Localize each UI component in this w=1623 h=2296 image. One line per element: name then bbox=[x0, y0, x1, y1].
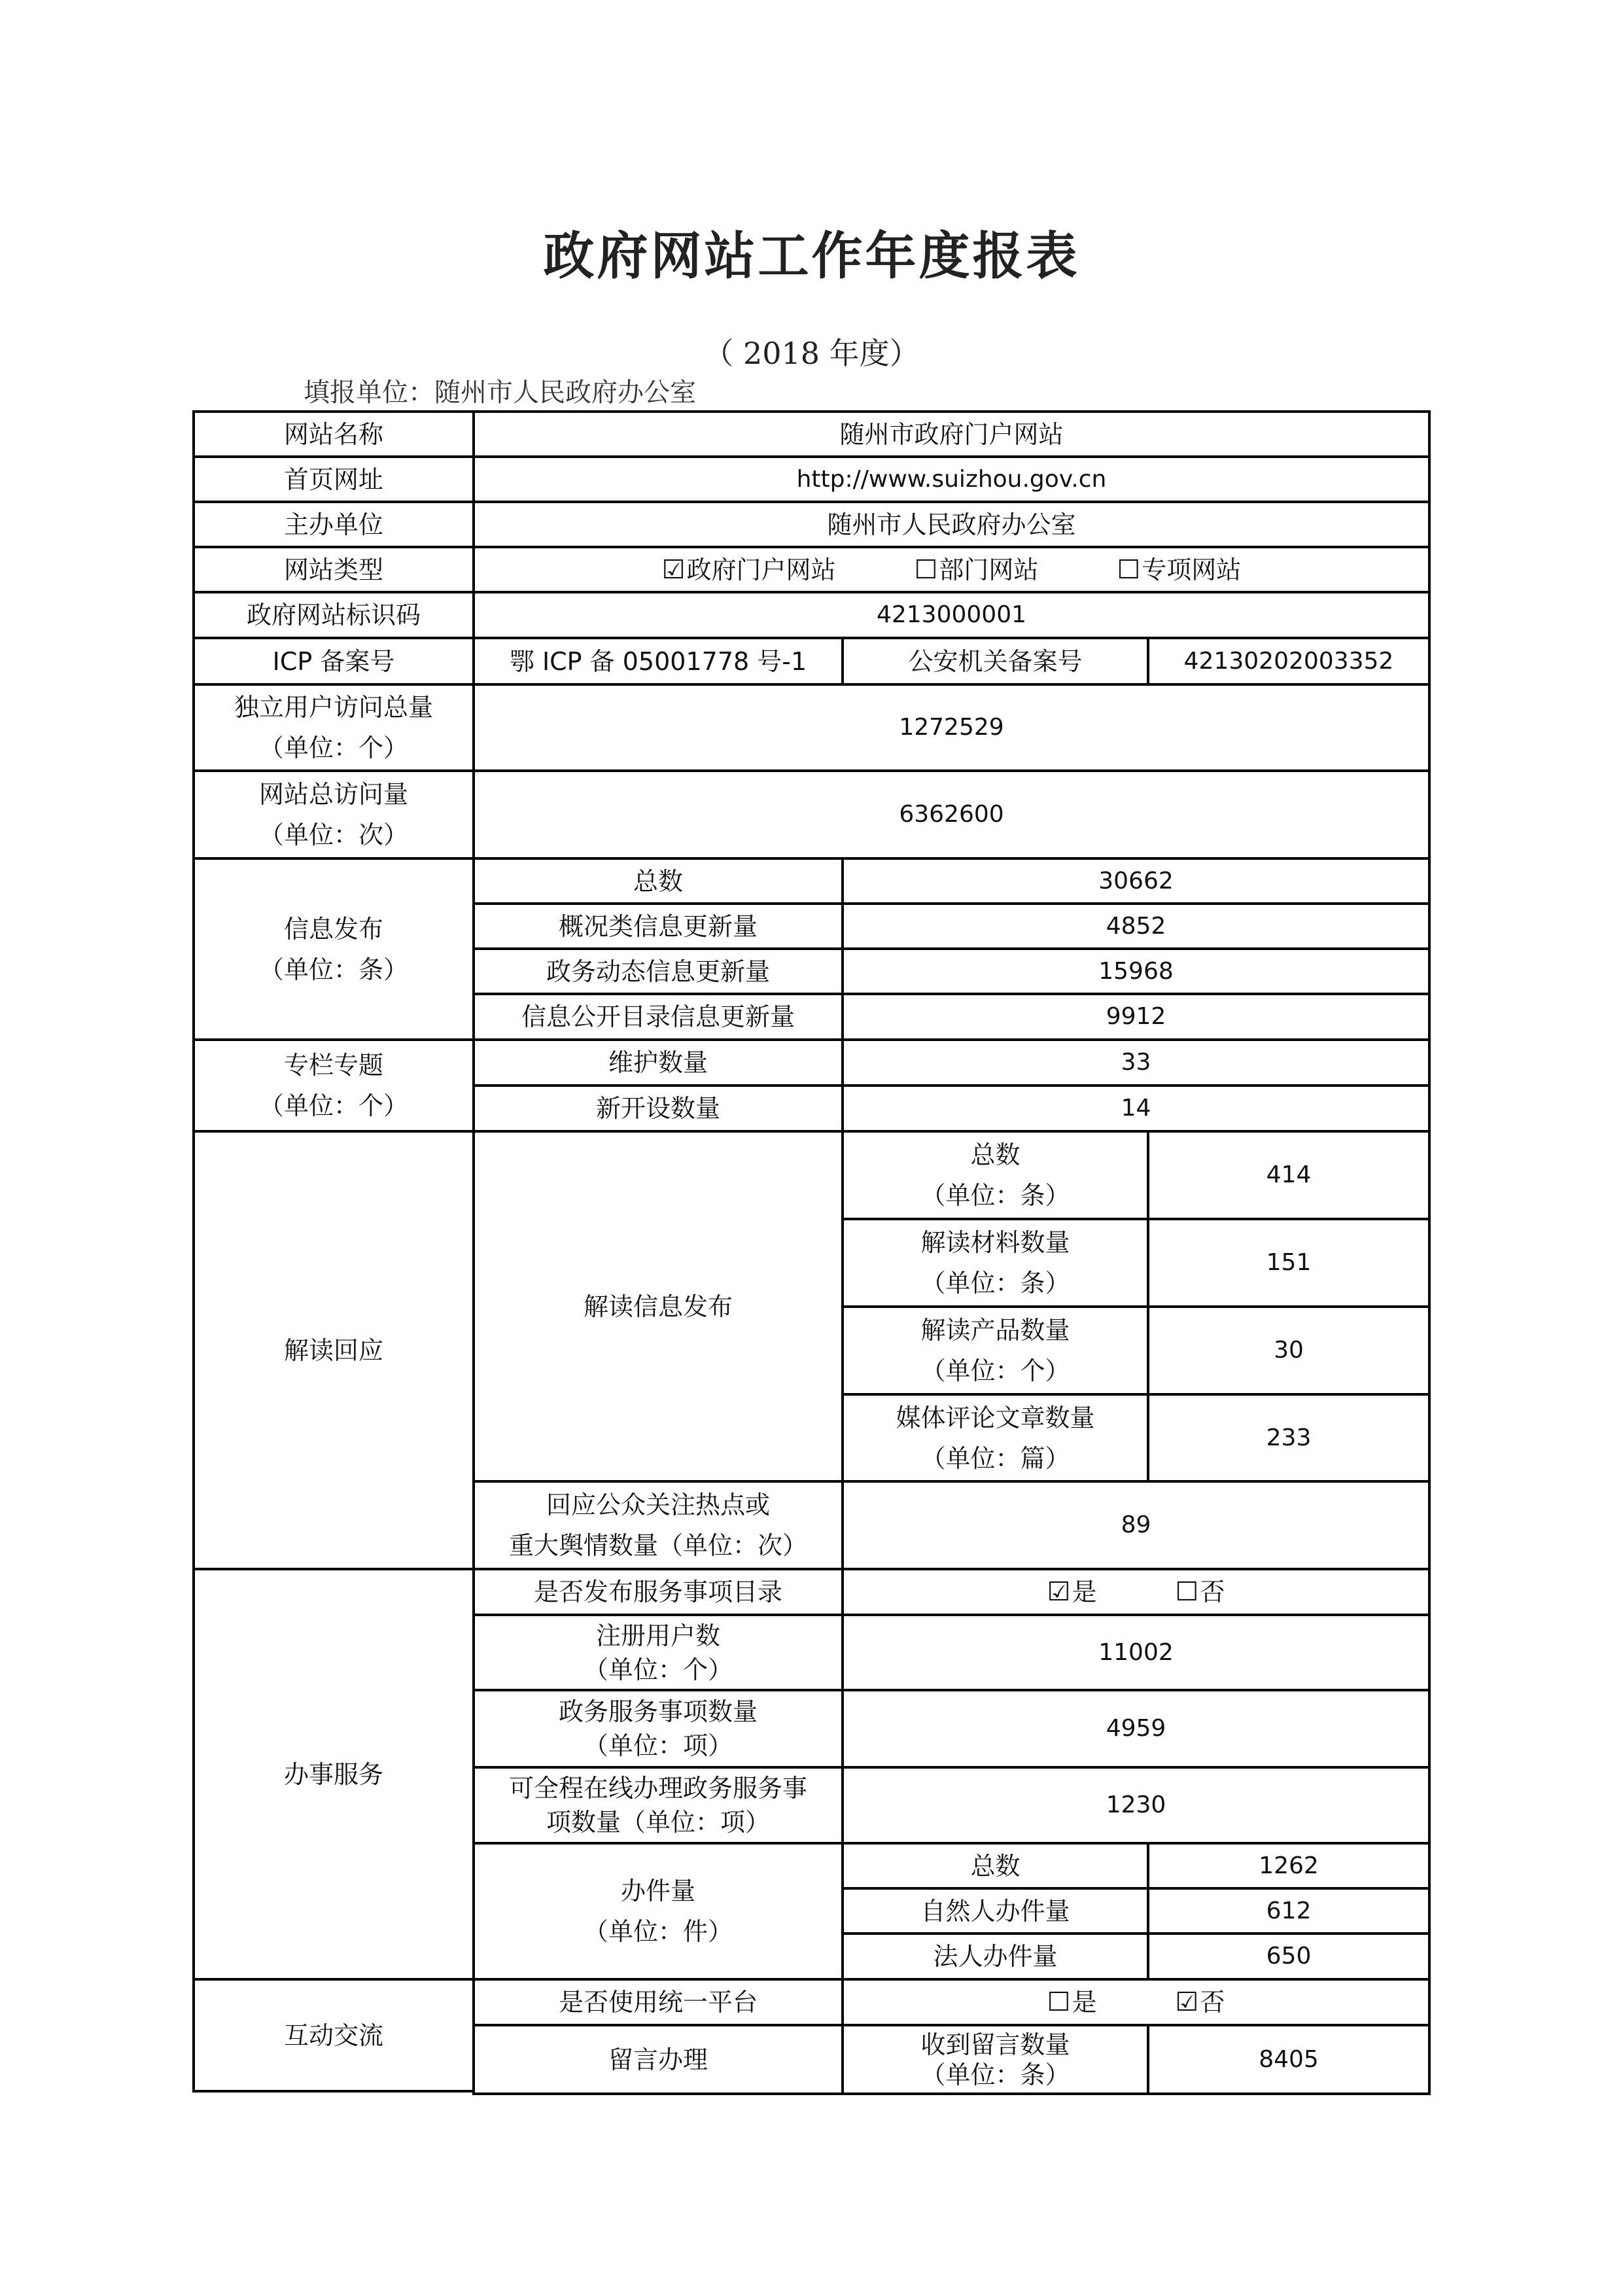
interp-material-label: 解读材料数量 （单位：条） bbox=[841, 1218, 1149, 1308]
label-unified-platform: 是否使用统一平台 bbox=[472, 1978, 844, 2026]
columns-maintained-label: 维护数量 bbox=[472, 1038, 844, 1087]
option-label: 否 bbox=[1200, 1982, 1225, 2022]
label-website-type: 网站类型 bbox=[192, 546, 475, 593]
option-label: 部门网站 bbox=[939, 550, 1038, 590]
value-host-unit: 随州市人民政府办公室 bbox=[472, 501, 1431, 548]
website-type-portal[interactable]: ☑ 政府门户网站 bbox=[662, 550, 836, 590]
label-total-visits: 网站总访问量 （单位：次） bbox=[192, 769, 475, 860]
option-label: 专项网站 bbox=[1142, 550, 1241, 590]
label-text: 政务服务事项数量 bbox=[559, 1695, 758, 1729]
option-label: 是 bbox=[1072, 1572, 1096, 1612]
unit-text: （单位：个） bbox=[259, 1086, 408, 1126]
label-text: 专栏专题 bbox=[284, 1045, 383, 1086]
interp-media-value: 233 bbox=[1147, 1393, 1431, 1483]
label-columns: 专栏专题 （单位：个） bbox=[192, 1038, 475, 1133]
label-homepage-url: 首页网址 bbox=[192, 455, 475, 503]
interp-product-value: 30 bbox=[1147, 1305, 1431, 1396]
columns-new-value: 14 bbox=[841, 1084, 1431, 1133]
service-catalog-options: ☑ 是 ☐ 否 bbox=[841, 1568, 1431, 1616]
option-label: 政府门户网站 bbox=[687, 550, 836, 590]
value-website-name: 随州市政府门户网站 bbox=[472, 410, 1431, 458]
label-host-unit: 主办单位 bbox=[192, 501, 475, 548]
option-label: 否 bbox=[1200, 1572, 1225, 1612]
label-service-items: 政务服务事项数量 （单位：项） bbox=[472, 1689, 844, 1769]
info-news-value: 15968 bbox=[841, 947, 1431, 995]
checkbox-checked-icon[interactable]: ☑ bbox=[1047, 1572, 1071, 1612]
info-news-label: 政务动态信息更新量 bbox=[472, 947, 844, 995]
label-message-handling: 留言办理 bbox=[472, 2024, 844, 2095]
service-catalog-yes[interactable]: ☑ 是 bbox=[1047, 1572, 1097, 1612]
website-type-options: ☑ 政府门户网站 ☐ 部门网站 ☐ 专项网站 bbox=[472, 546, 1431, 593]
value-police-record: 42130202003352 bbox=[1147, 637, 1431, 686]
unified-platform-options: ☐ 是 ☑ 否 bbox=[841, 1978, 1431, 2026]
checkbox-checked-icon[interactable]: ☑ bbox=[662, 550, 686, 590]
label-police-record: 公安机关备案号 bbox=[841, 637, 1149, 686]
report-table: 网站名称 随州市政府门户网站 首页网址 http://www.suizhou.g… bbox=[192, 410, 1431, 2093]
info-disclosure-value: 9912 bbox=[841, 993, 1431, 1041]
info-overview-value: 4852 bbox=[841, 902, 1431, 950]
label-cases: 办件量 （单位：件） bbox=[472, 1842, 844, 1981]
label-icp: ICP 备案号 bbox=[192, 637, 475, 686]
label-received-messages: 收到留言数量 （单位：条） bbox=[841, 2024, 1149, 2095]
report-year: （ 2018 年度） bbox=[0, 327, 1623, 380]
label-service-catalog: 是否发布服务事项目录 bbox=[472, 1568, 844, 1616]
label-text: 项数量（单位：项） bbox=[546, 1805, 770, 1839]
label-services: 办事服务 bbox=[192, 1568, 475, 1981]
label-text: 办件量 bbox=[621, 1871, 695, 1911]
value-received-messages: 8405 bbox=[1147, 2024, 1431, 2095]
fill-unit: 填报单位：随州市人民政府办公室 bbox=[304, 373, 696, 412]
label-text: 总数 bbox=[970, 1135, 1020, 1175]
checkbox-unchecked-icon[interactable]: ☐ bbox=[915, 550, 938, 590]
unit-text: （单位：次） bbox=[259, 815, 408, 855]
cases-total-label: 总数 bbox=[841, 1842, 1149, 1890]
label-text: 重大舆情数量（单位：次） bbox=[509, 1525, 807, 1566]
checkbox-checked-icon[interactable]: ☑ bbox=[1176, 1982, 1199, 2022]
label-info-publish: 信息发布 （单位：条） bbox=[192, 857, 475, 1041]
unified-platform-yes[interactable]: ☐ 是 bbox=[1047, 1982, 1097, 2022]
label-text: 注册用户数 bbox=[596, 1619, 720, 1653]
label-interaction: 互动交流 bbox=[192, 1978, 475, 2093]
value-online-services: 1230 bbox=[841, 1766, 1431, 1845]
checkbox-unchecked-icon[interactable]: ☐ bbox=[1176, 1572, 1199, 1612]
unit-text: （单位：篇） bbox=[920, 1438, 1070, 1479]
value-total-visits: 6362600 bbox=[472, 769, 1431, 860]
cases-legal-value: 650 bbox=[1147, 1932, 1431, 1981]
unified-platform-no[interactable]: ☑ 否 bbox=[1176, 1982, 1225, 2022]
value-service-items: 4959 bbox=[841, 1689, 1431, 1769]
value-public-response: 89 bbox=[841, 1480, 1431, 1570]
checkbox-unchecked-icon[interactable]: ☐ bbox=[1117, 550, 1140, 590]
service-catalog-no[interactable]: ☐ 否 bbox=[1176, 1572, 1225, 1612]
interp-product-label: 解读产品数量 （单位：个） bbox=[841, 1305, 1149, 1396]
cases-legal-label: 法人办件量 bbox=[841, 1932, 1149, 1981]
label-text: 独立用户访问总量 bbox=[234, 687, 433, 728]
label-text: 回应公众关注热点或 bbox=[546, 1485, 770, 1525]
website-type-department[interactable]: ☐ 部门网站 bbox=[915, 550, 1039, 590]
unit-text: （单位：个） bbox=[920, 1351, 1070, 1391]
unit-text: （单位：件） bbox=[584, 1911, 733, 1952]
label-text: 媒体评论文章数量 bbox=[896, 1398, 1094, 1438]
info-disclosure-label: 信息公开目录信息更新量 bbox=[472, 993, 844, 1041]
info-total-value: 30662 bbox=[841, 857, 1431, 905]
info-overview-label: 概况类信息更新量 bbox=[472, 902, 844, 950]
interp-total-value: 414 bbox=[1147, 1130, 1431, 1220]
label-public-response: 回应公众关注热点或 重大舆情数量（单位：次） bbox=[472, 1480, 844, 1570]
label-text: 解读材料数量 bbox=[920, 1222, 1070, 1263]
label-text: 信息发布 bbox=[284, 909, 383, 949]
value-unique-visitors: 1272529 bbox=[472, 683, 1431, 772]
label-website-name: 网站名称 bbox=[192, 410, 475, 458]
value-site-id: 4213000001 bbox=[472, 591, 1431, 639]
label-text: 解读产品数量 bbox=[920, 1310, 1070, 1351]
cases-natural-value: 612 bbox=[1147, 1887, 1431, 1935]
label-online-services: 可全程在线办理政务服务事 项数量（单位：项） bbox=[472, 1766, 844, 1845]
unit-text: （单位：条） bbox=[920, 1175, 1070, 1216]
label-text: 收到留言数量 bbox=[920, 2030, 1070, 2060]
interp-material-value: 151 bbox=[1147, 1218, 1431, 1308]
label-interpretation-publish: 解读信息发布 bbox=[472, 1130, 844, 1483]
value-icp: 鄂 ICP 备 05001778 号-1 bbox=[472, 637, 844, 686]
columns-new-label: 新开设数量 bbox=[472, 1084, 844, 1133]
cases-natural-label: 自然人办件量 bbox=[841, 1887, 1149, 1935]
info-total-label: 总数 bbox=[472, 857, 844, 905]
unit-text: （单位：项） bbox=[584, 1729, 733, 1763]
interp-media-label: 媒体评论文章数量 （单位：篇） bbox=[841, 1393, 1149, 1483]
checkbox-unchecked-icon[interactable]: ☐ bbox=[1047, 1982, 1071, 2022]
unit-text: （单位：个） bbox=[584, 1653, 733, 1687]
page-title: 政府网站工作年度报表 bbox=[0, 217, 1623, 296]
website-type-special[interactable]: ☐ 专项网站 bbox=[1117, 550, 1241, 590]
unit-text: （单位：条） bbox=[920, 1263, 1070, 1303]
label-text: 网站总访问量 bbox=[259, 774, 408, 815]
cases-total-value: 1262 bbox=[1147, 1842, 1431, 1890]
unit-text: （单位：条） bbox=[259, 949, 408, 990]
columns-maintained-value: 33 bbox=[841, 1038, 1431, 1087]
label-text: 可全程在线办理政务服务事 bbox=[509, 1771, 807, 1805]
label-registered-users: 注册用户数 （单位：个） bbox=[472, 1614, 844, 1691]
unit-text: （单位：条） bbox=[920, 2060, 1070, 2090]
label-site-id: 政府网站标识码 bbox=[192, 591, 475, 639]
value-registered-users: 11002 bbox=[841, 1614, 1431, 1691]
option-label: 是 bbox=[1072, 1982, 1096, 2022]
label-interpretation: 解读回应 bbox=[192, 1130, 475, 1570]
value-homepage-url: http://www.suizhou.gov.cn bbox=[472, 455, 1431, 503]
unit-text: （单位：个） bbox=[259, 728, 408, 768]
interp-total-label: 总数 （单位：条） bbox=[841, 1130, 1149, 1220]
label-unique-visitors: 独立用户访问总量 （单位：个） bbox=[192, 683, 475, 772]
